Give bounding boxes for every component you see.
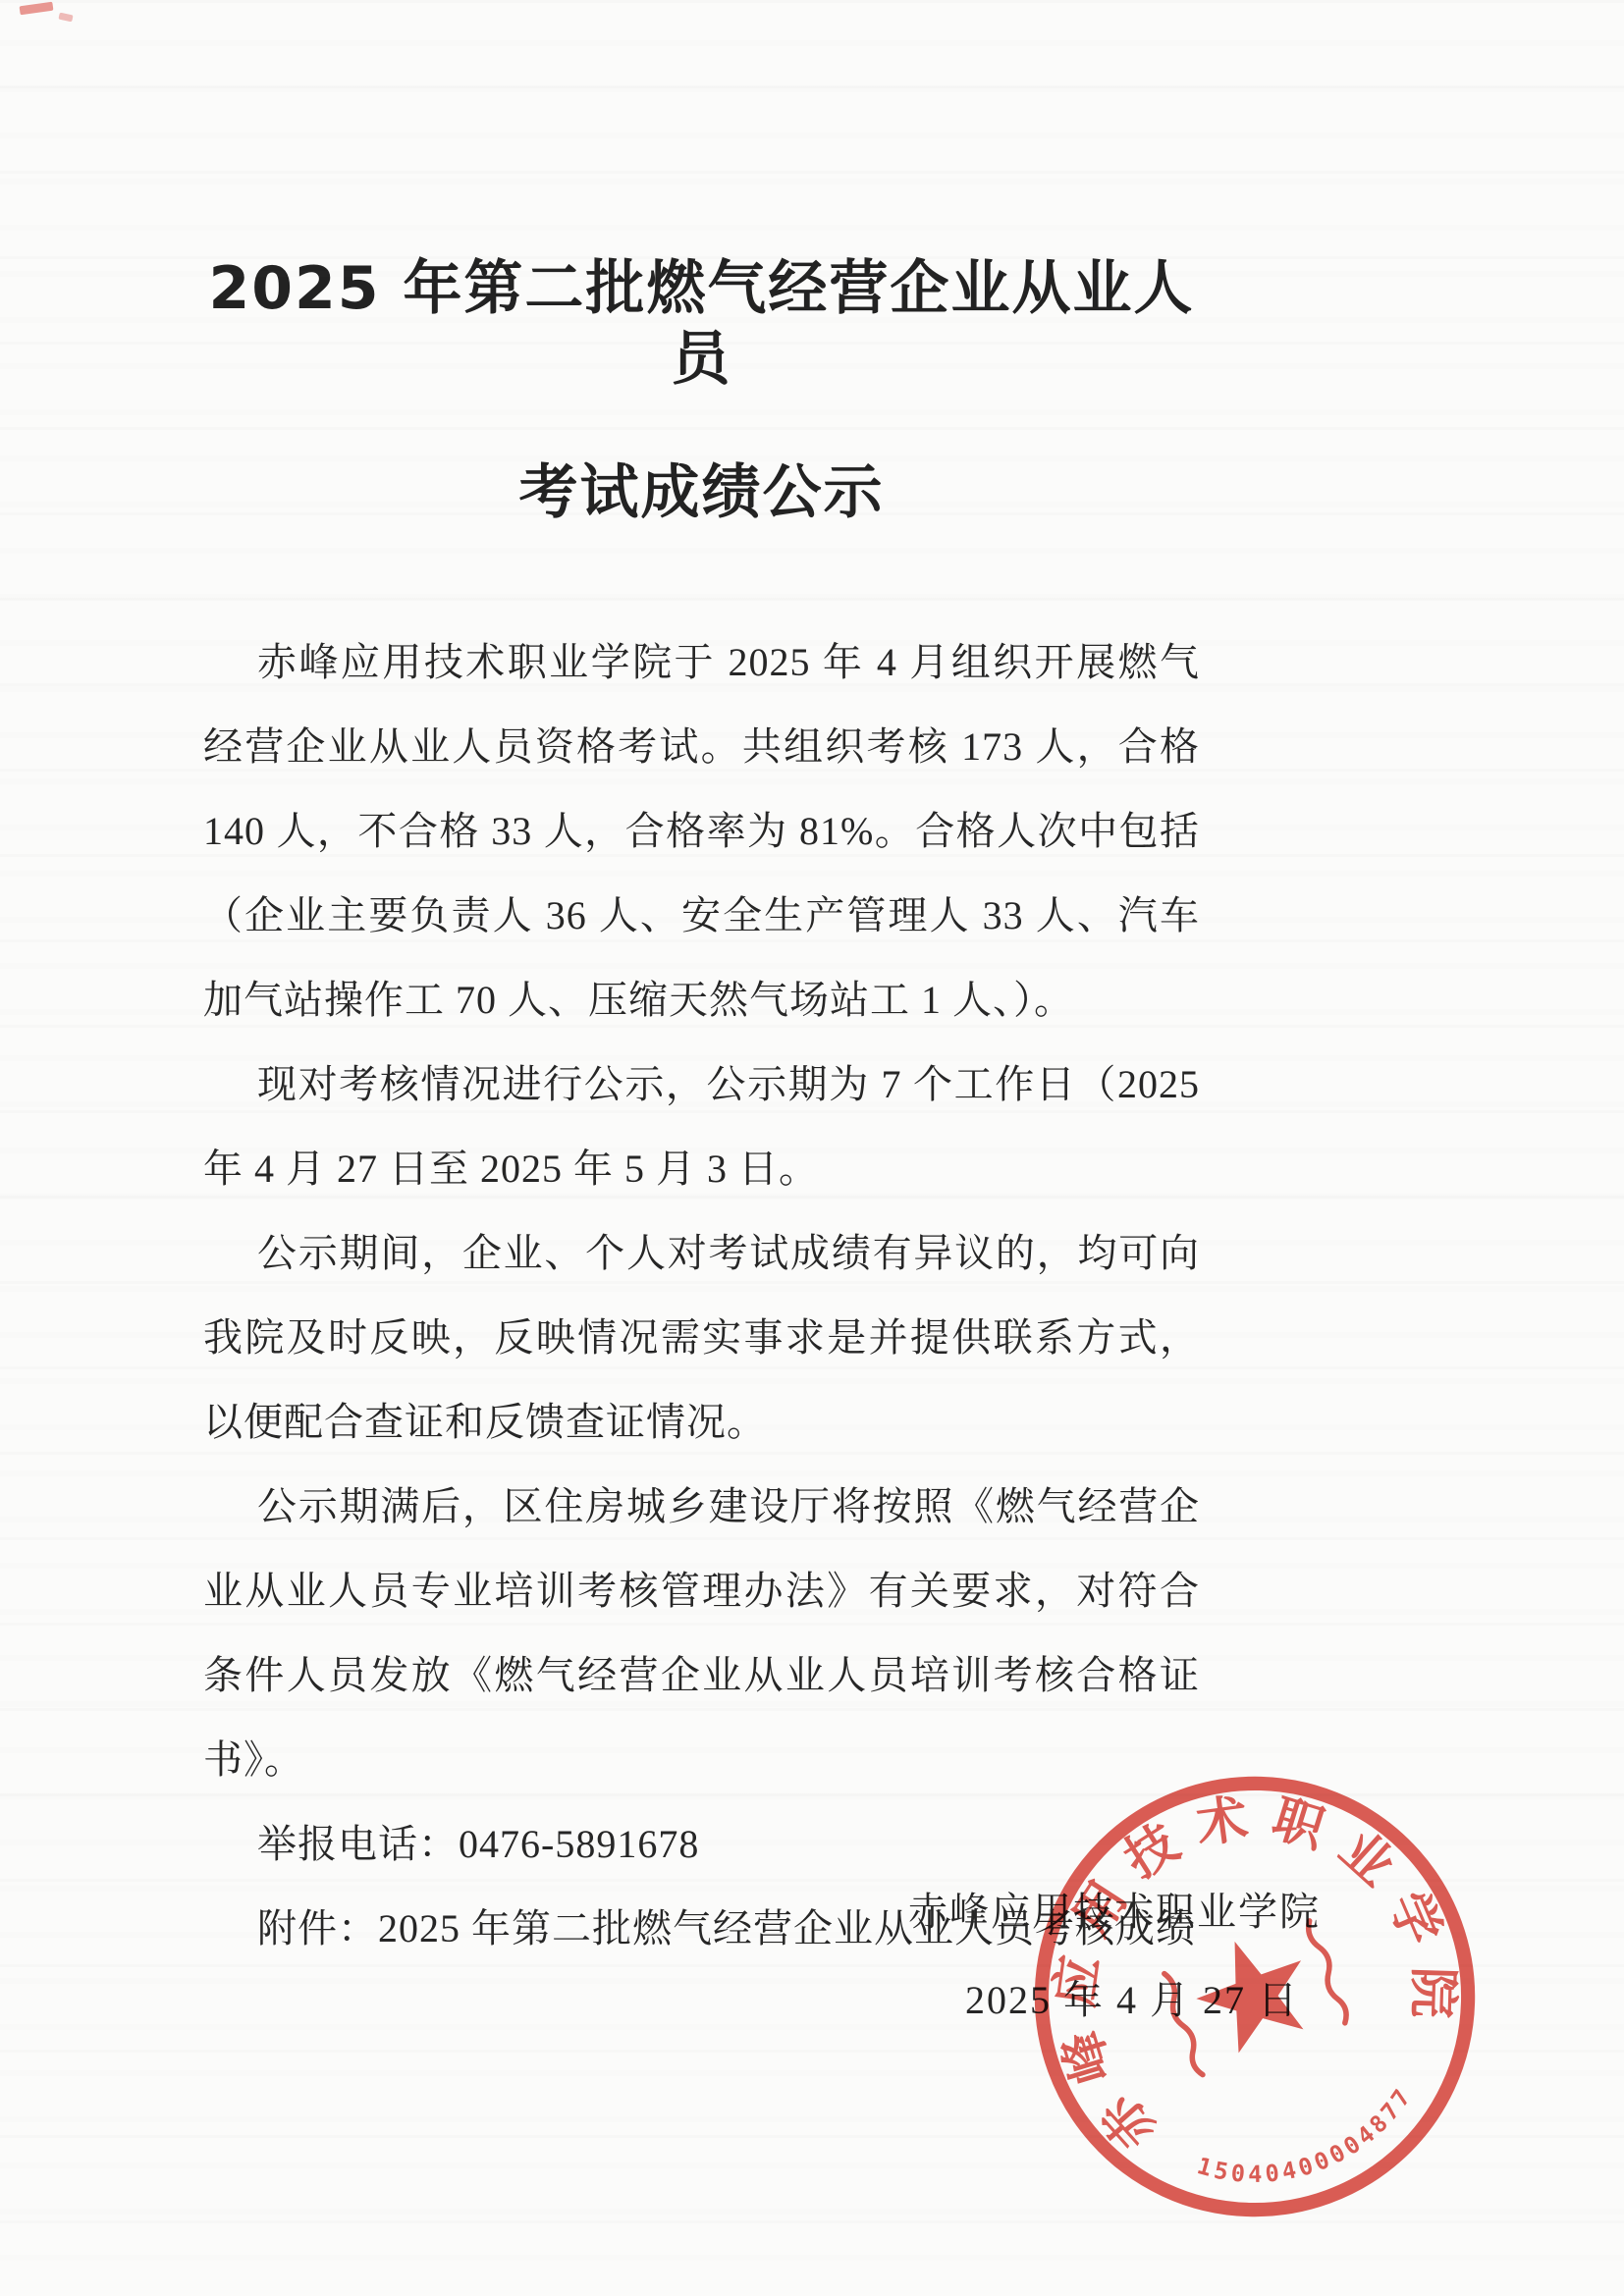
paragraph-publicity-period: 现对考核情况进行公示，公示期为 7 个工作日（2025 年 4 月 27 日至 … bbox=[203, 1042, 1200, 1211]
paragraph-certificate: 公示期满后，区住房城乡建设厅将按照《燃气经营企业从业人员专业培训考核管理办法》有… bbox=[203, 1465, 1200, 1802]
document-page: 2025 年第二批燃气经营企业从业人员 考试成绩公示 赤峰应用技术职业学院于 2… bbox=[0, 0, 1624, 2296]
document-body: 赤峰应用技术职业学院于 2025 年 4 月组织开展燃气经营企业从业人员资格考试… bbox=[203, 620, 1200, 1971]
document-title: 2025 年第二批燃气经营企业从业人员 考试成绩公示 bbox=[203, 253, 1200, 528]
title-line-1: 2025 年第二批燃气经营企业从业人员 bbox=[203, 253, 1200, 395]
signature-date: 2025 年 4 月 27 日 bbox=[965, 1977, 1299, 2024]
seal-number-text: 15040400004877 bbox=[1186, 2076, 1432, 2217]
paragraph-exam-overview: 赤峰应用技术职业学院于 2025 年 4 月组织开展燃气经营企业从业人员资格考试… bbox=[203, 620, 1200, 1042]
line-report-phone: 举报电话：0476-5891678 bbox=[203, 1802, 1200, 1887]
scan-red-mark bbox=[20, 2, 54, 16]
signature-org: 赤峰应用技术职业学院 bbox=[908, 1889, 1321, 1936]
scan-red-mark bbox=[58, 13, 73, 23]
paragraph-objection: 公示期间，企业、个人对考试成绩有异议的，均可向我院及时反映，反映情况需实事求是并… bbox=[203, 1211, 1200, 1465]
svg-text:15040400004877: 15040400004877 bbox=[1186, 2076, 1432, 2217]
title-line-2: 考试成绩公示 bbox=[203, 457, 1200, 528]
